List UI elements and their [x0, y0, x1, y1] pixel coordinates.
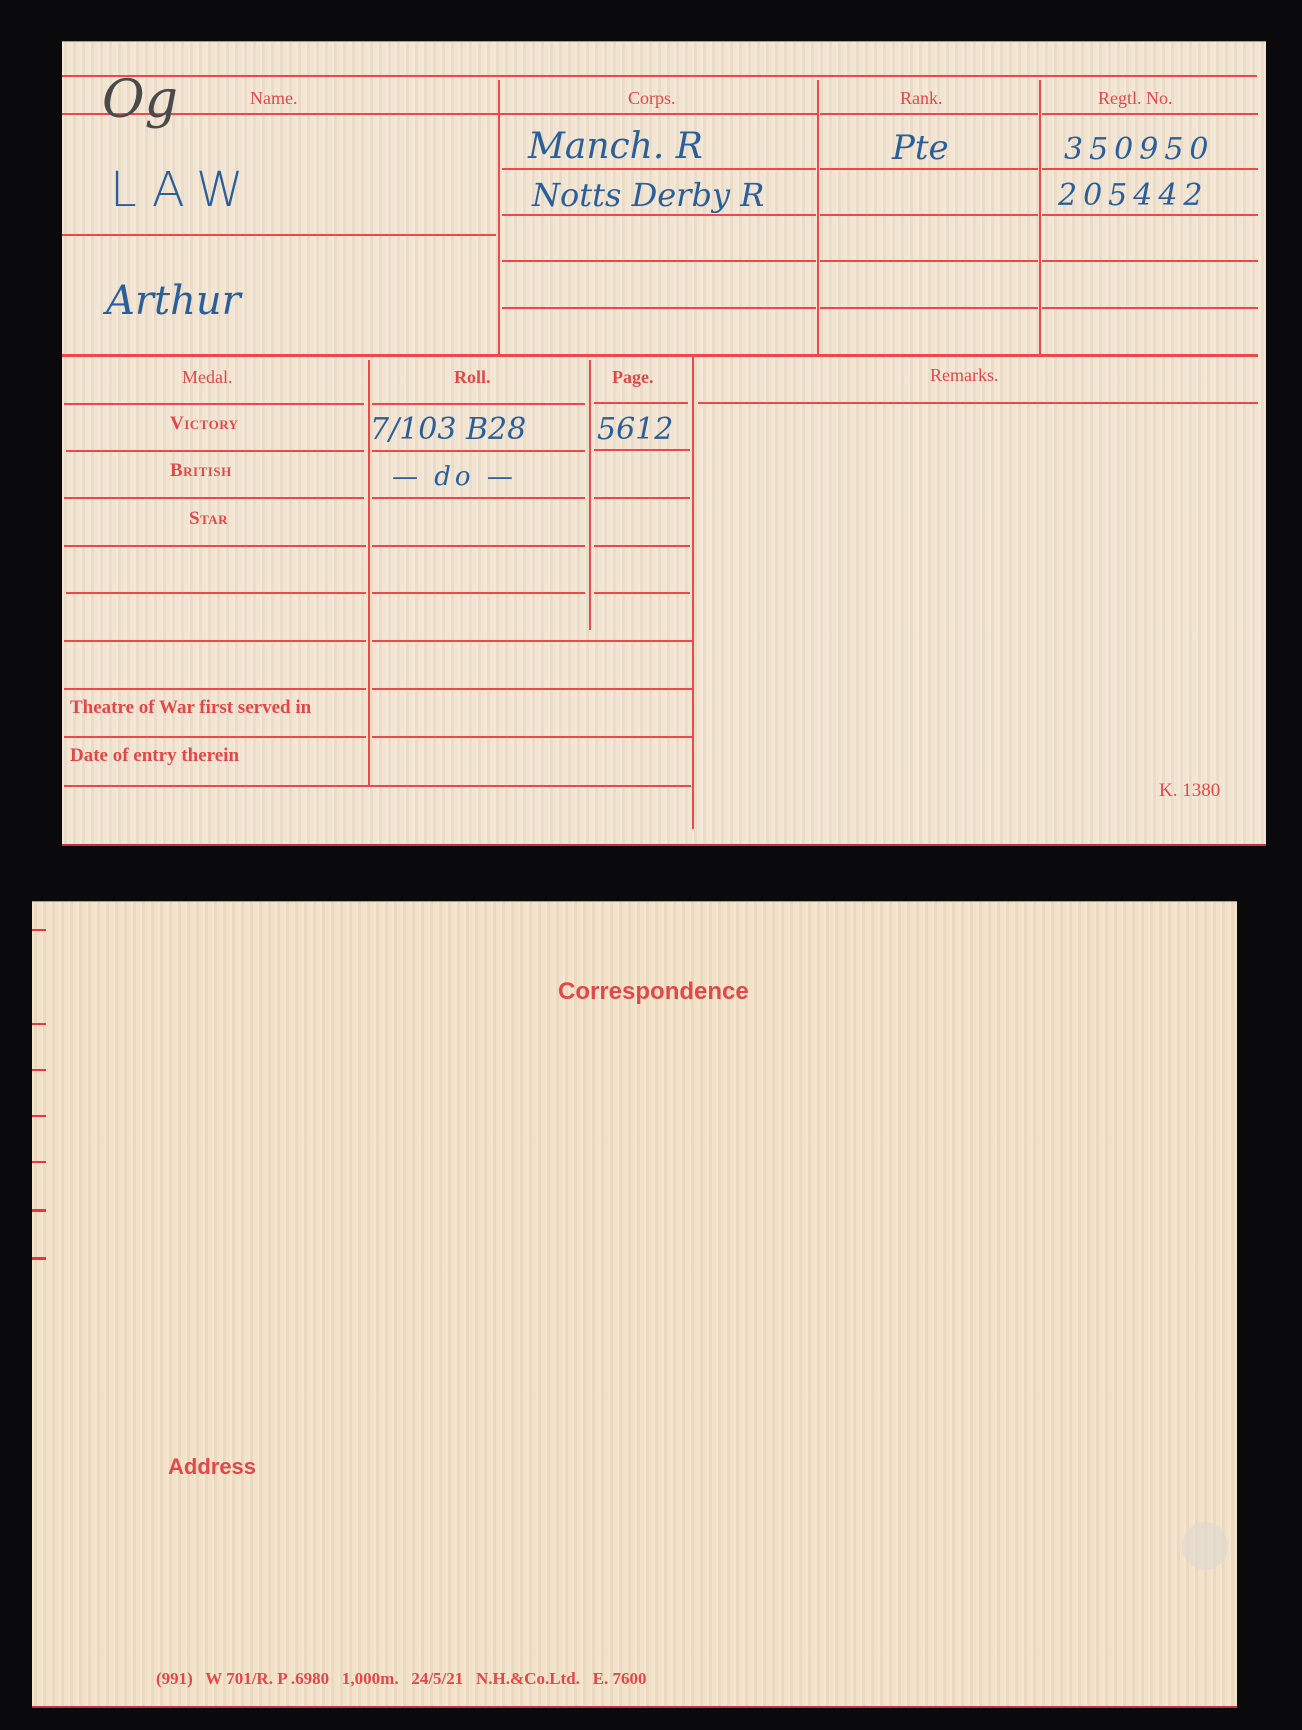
- british-roll-ditto: — do —: [392, 462, 517, 492]
- margin-tick: [32, 1161, 46, 1163]
- rule-line: [62, 75, 1257, 77]
- victory-roll-value: 7/103 B28: [370, 412, 526, 447]
- rule-line: [1042, 113, 1258, 115]
- rule-line: [372, 736, 692, 738]
- rule-line: [64, 736, 366, 738]
- margin-tick: [32, 1209, 46, 1212]
- rule-line: [594, 402, 688, 404]
- rule-line: [820, 214, 1038, 216]
- rule-line: [62, 354, 1258, 357]
- rule-line: [372, 592, 585, 594]
- margin-tick: [32, 1257, 46, 1260]
- rule-line: [64, 545, 366, 547]
- rule-line: [820, 168, 1038, 170]
- margin-tick: [32, 1069, 46, 1071]
- rule-line: [820, 307, 1038, 309]
- rank-value: Pte: [892, 128, 949, 168]
- rule-line: [64, 640, 366, 642]
- printer-imprint: (991) W 701/R. P .6980 1,000m. 24/5/21 N…: [156, 1669, 647, 1689]
- surname: LAW: [110, 162, 258, 218]
- rule-line: [820, 260, 1038, 262]
- date-of-entry-label: Date of entry therein: [70, 745, 239, 767]
- form-number: K. 1380: [1159, 780, 1220, 802]
- margin-tick: [32, 1023, 46, 1025]
- medal-header: Medal.: [182, 367, 232, 388]
- rule-line: [372, 497, 585, 499]
- rule-line: [1042, 214, 1258, 216]
- rule-line: [502, 168, 816, 170]
- rule-line: [1042, 260, 1258, 262]
- corps-entry-2: Notts Derby R: [532, 176, 764, 214]
- rule-line: [502, 214, 816, 216]
- rule-line: [820, 113, 1038, 115]
- rule-line: [594, 449, 690, 451]
- roll-header: Roll.: [454, 367, 491, 388]
- rule-line: [372, 403, 585, 405]
- pencil-reference-mark: Og: [102, 70, 178, 130]
- rank-header: Rank.: [900, 88, 943, 109]
- rule-line: [372, 688, 692, 690]
- corps-entry-1: Manch. R: [528, 126, 703, 167]
- medal-index-card-back: Correspondence Address (991) W 701/R. P …: [32, 901, 1237, 1708]
- rule-line: [1042, 168, 1258, 170]
- forename: Arthur: [106, 278, 241, 324]
- page-header: Page.: [612, 367, 653, 388]
- rule-line: [698, 402, 1258, 404]
- rule-line: [64, 785, 691, 787]
- name-header: Name.: [250, 88, 297, 109]
- rule-line: [62, 234, 496, 236]
- rule-line: [589, 360, 591, 630]
- rule-line: [372, 640, 692, 642]
- regtl-no-header: Regtl. No.: [1098, 88, 1173, 109]
- address-heading: Address: [168, 1454, 256, 1480]
- medal-index-card-front: Name. Corps. Rank. Regtl. No. Og LAW Art…: [62, 41, 1266, 846]
- margin-tick: [32, 929, 46, 931]
- rule-line: [498, 80, 500, 354]
- victory-page-value: 5612: [597, 412, 673, 447]
- theatre-of-war-label: Theatre of War first served in: [70, 697, 311, 719]
- rule-line: [1042, 307, 1258, 309]
- rule-line: [64, 688, 366, 690]
- rule-line: [66, 450, 364, 452]
- regtl-number-1: 350950: [1064, 132, 1215, 167]
- rule-line: [594, 545, 690, 547]
- rule-line: [66, 592, 366, 594]
- rule-line: [64, 497, 364, 499]
- rule-line: [1039, 80, 1041, 354]
- medal-star-label: Star: [189, 508, 228, 530]
- rule-line: [594, 497, 690, 499]
- rule-line: [502, 260, 816, 262]
- corps-header: Corps.: [628, 88, 676, 109]
- rule-line: [502, 307, 816, 309]
- rule-line: [372, 545, 585, 547]
- rule-line: [64, 403, 364, 405]
- correspondence-heading: Correspondence: [558, 978, 749, 1006]
- rule-line: [817, 80, 819, 354]
- regtl-number-2: 205442: [1058, 178, 1209, 213]
- margin-tick: [32, 1115, 46, 1117]
- medal-victory-label: Victory: [170, 413, 239, 435]
- medal-british-label: British: [170, 460, 232, 482]
- remarks-header: Remarks.: [930, 365, 998, 386]
- paper-stain: [1182, 1522, 1228, 1570]
- rule-line: [500, 113, 817, 115]
- rule-line: [372, 450, 585, 452]
- rule-line: [692, 357, 694, 829]
- rule-line: [594, 592, 690, 594]
